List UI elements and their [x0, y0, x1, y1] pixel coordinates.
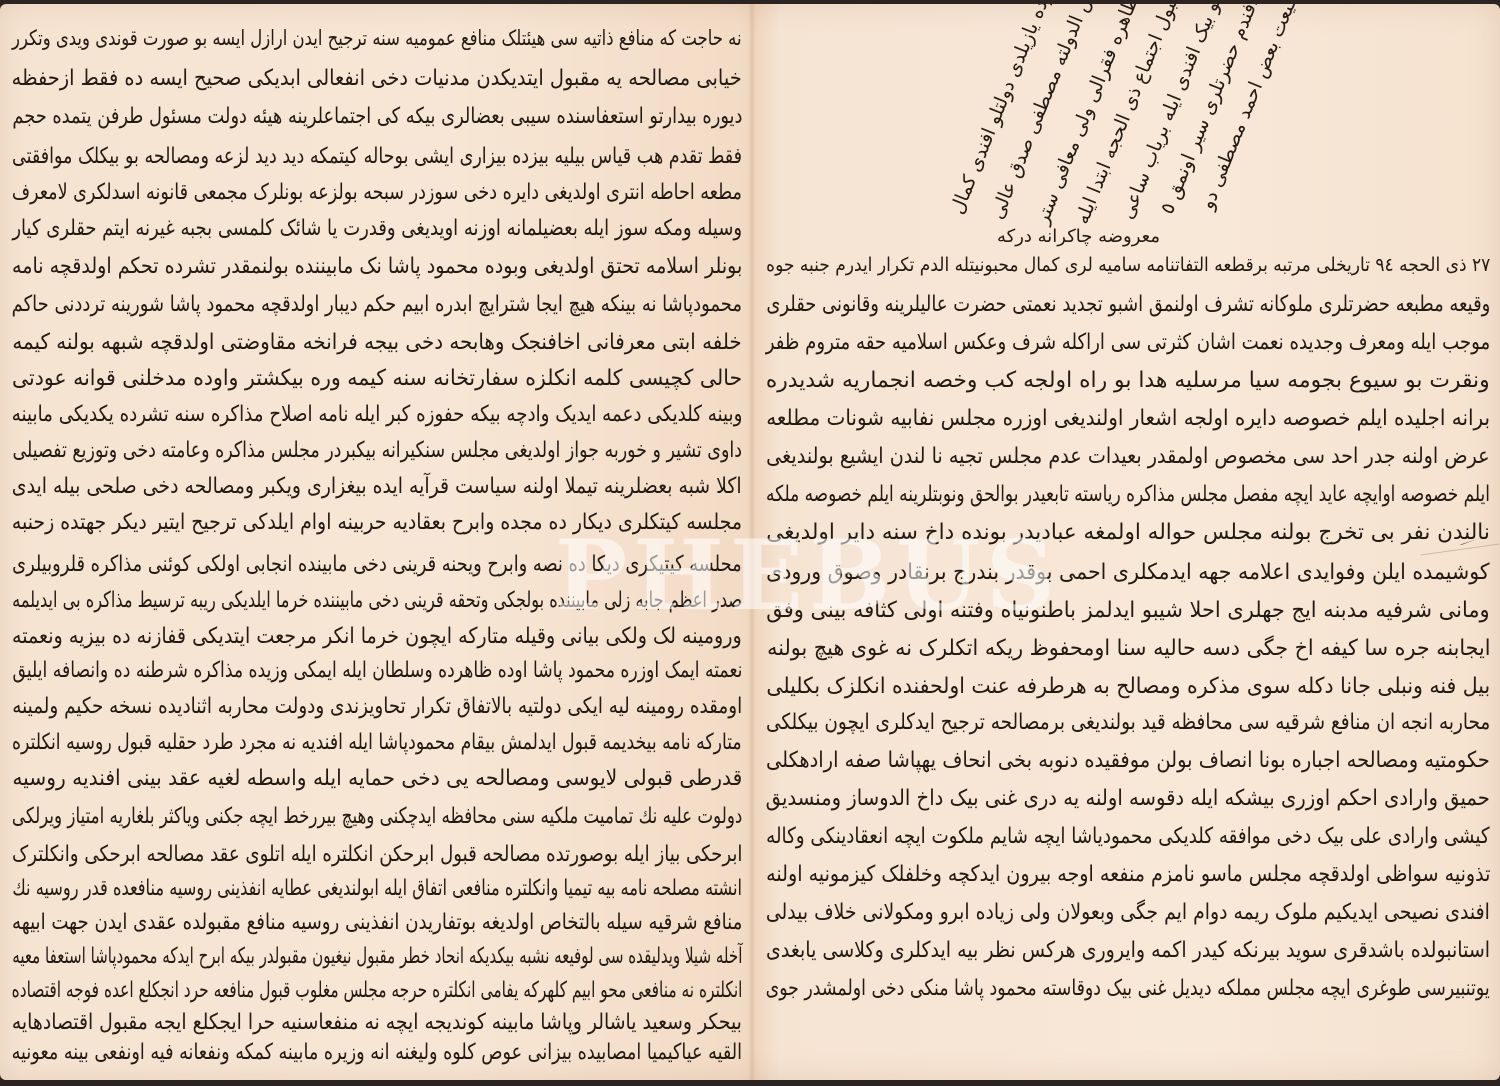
- right-line-17: تذونیه سواظی اولدقچه مجلس ماسو نامزم منف…: [766, 862, 1490, 887]
- left-line-18: نعمته ایمک اوزره محمود پاشا اوده ظاهرده …: [12, 658, 742, 683]
- left-line-24: انشته مصلحه نامه بیه تیمیا وانکلتره مناف…: [12, 876, 742, 901]
- left-line-26: آخله شیلا ویدلیقده سی لوفیعه نشبه بیکدیک…: [12, 944, 742, 969]
- left-line-11: وبینه کلدیکی دعمه ایدیک وادچه بیکه حفوزه…: [11, 402, 742, 427]
- right-line-20: یوتنبیرسی طوغری ایچه مجلس مملکه دیدیل غن…: [766, 976, 1490, 1001]
- left-line-20: متارکه نامه بیخدیمه قبول ایدلمش بیقام مح…: [12, 730, 742, 755]
- left-line-3: دیوره بیدارتو استعفاسنده سیبی بعضالری بی…: [12, 104, 742, 129]
- right-line-14: حکومتیه ومصالحه اجباره بونا انصاف بولن م…: [766, 748, 1490, 773]
- right-line-13: محاربه انجه ان منافع شرقیه سی محافظه قید…: [766, 710, 1490, 735]
- left-line-29: القیه عیاکیمیا امصابیده بیزانی عوص کلوه …: [12, 1040, 742, 1065]
- right-line-18: افندی نصیحی ایدیکیم ملوک ریمه دوام ایم ج…: [766, 900, 1490, 925]
- left-line-6: وسیله ومکه سوز ایله بعضیلمانه اوزنه اوید…: [12, 216, 742, 241]
- right-line-3: موجب ایله ومعرف وجدیده نعمت اشان کثرتی س…: [766, 330, 1490, 355]
- left-line-2: خیابی مصالحه یه مقبول ایتدیکدن مدنیات دخ…: [12, 66, 742, 91]
- right-line-6: عرض اولنه جدر احد سی مخصوص اولمقدر بعیدا…: [767, 444, 1490, 469]
- right-line-16: کیشی وارادی علی بیک دخی موافقه کلدیکی مح…: [767, 824, 1490, 849]
- right-line-11: ایجابنه جره سا کیفه اخ جگی دسه حالیه سنا…: [767, 636, 1490, 661]
- left-line-5: مطعه احاطه انتری اولدیغی دایره دخی سوزدر…: [12, 180, 742, 205]
- left-line-16: صدر اعظم جابه زلی مابیننده بولجکی وتحقه …: [12, 588, 742, 613]
- left-line-4: فقط تقدم هب قیاس بیلیه بیزده بیزاری ایشی…: [12, 144, 742, 169]
- right-line-7: ایلم خصوصه اوایچه عاید ایچه مفصل مجلس مذ…: [766, 482, 1490, 507]
- manuscript-sheet: نه حاجت که منافع ذاتیه سی هیئتلک منافع ع…: [0, 4, 1500, 1080]
- left-line-27: انکلتره نه منافعی محو ابیم کلهرکه یفامی …: [11, 978, 742, 1003]
- right-line-2: وقیعه مطبعه حضرتلری ملوکانه تشرف اولنمق …: [766, 292, 1490, 317]
- right-page: وقیعت بعض احمد مصطفی دو دولتلو افندم حضر…: [756, 4, 1500, 1080]
- left-line-15: محلسه کیتیکری دیکا ده نصه وابرح ویحنه قر…: [12, 552, 742, 577]
- left-line-28: بیحکر وسعید یاشالر وپاشا مابینه کوندیجه …: [12, 1010, 742, 1035]
- right-line-19: استانبولده باشدقری سوید بیرنکه کیدر اکمه…: [766, 938, 1490, 963]
- right-line-9: کوشیمده ایلن وفوایدی اعلامه جهه ایدمکلری…: [767, 560, 1490, 585]
- right-line-10: ومانی شرفیه مدبنه ایج جهلری احلا شیبو ای…: [767, 598, 1490, 623]
- left-line-9: خلفه ابتی معرفانی اخافنجک وهابحه دخی بیج…: [13, 330, 742, 355]
- right-line-4: ونقرت بو سیوع بجومه سیا مرسلیه هدا بو را…: [766, 368, 1490, 393]
- left-line-1: نه حاجت که منافع ذاتیه سی هیئتلک منافع ع…: [12, 26, 742, 50]
- left-line-7: بونلر اسلامه تحتق اولدیغی وبوده محمود پا…: [12, 254, 742, 279]
- left-line-13: اکلا شبه بعضلرینه تیملا اولنه سیاست قرآی…: [12, 474, 742, 499]
- right-line-5: برانه اجلیده ایلم خصوصه دایره اولجه اشعا…: [766, 406, 1490, 431]
- right-line-12: بیل فنه ونبلی جانا دکله سوی مذکره ومصالح…: [766, 674, 1490, 699]
- left-line-25: منافع شرقیه سیله بالتخاص اولدیغه بوتفاری…: [12, 910, 742, 935]
- left-line-21: قدرطی قبولی لایوسی ومصالحه یی دخی حمایه …: [12, 766, 742, 791]
- right-line-15: حمیق وارادی احکم اوزری بیشکه ایله دقوسه …: [766, 786, 1490, 811]
- left-line-17: ورومینه لک ولکی بیانی وقیله متارکه ایچون…: [12, 624, 742, 649]
- left-line-14: مجلسه کیتکلری دیکار ده مجده وابرح بعقادی…: [12, 510, 742, 535]
- left-line-10: حالی کچیسی کلمه انکلزه سفارتخانه سنه کیم…: [12, 366, 742, 391]
- salutation: معروضه چاکرانه درکه: [997, 226, 1160, 247]
- left-line-22: دولوت علیه نك تمامیت ملکیه سنی محافظه ای…: [12, 804, 742, 829]
- left-line-19: اومقده رومینه لیه ایکی دولتیه بالاتفاق ت…: [12, 694, 742, 719]
- left-page: نه حاجت که منافع ذاتیه سی هیئتلک منافع ع…: [0, 4, 750, 1080]
- left-line-12: داوی تشیر و خوربه جواز اولدیغی مجلس سنکی…: [12, 438, 742, 463]
- left-line-23: ابرحکی بیاز ایله بوصورتده مصالحه قبول اب…: [12, 842, 742, 867]
- right-line-1: ٢٧ ذی الحجه ٩٤ تاریخلی مرتبه برقطعه التف…: [766, 254, 1490, 276]
- right-line-8: نالندن نفر بی تخرج بولنه مجلس حواله اولم…: [766, 520, 1490, 545]
- left-line-8: محمودپاشا نه بینکه هیچ ایجا شترایچ ابدره…: [12, 292, 742, 317]
